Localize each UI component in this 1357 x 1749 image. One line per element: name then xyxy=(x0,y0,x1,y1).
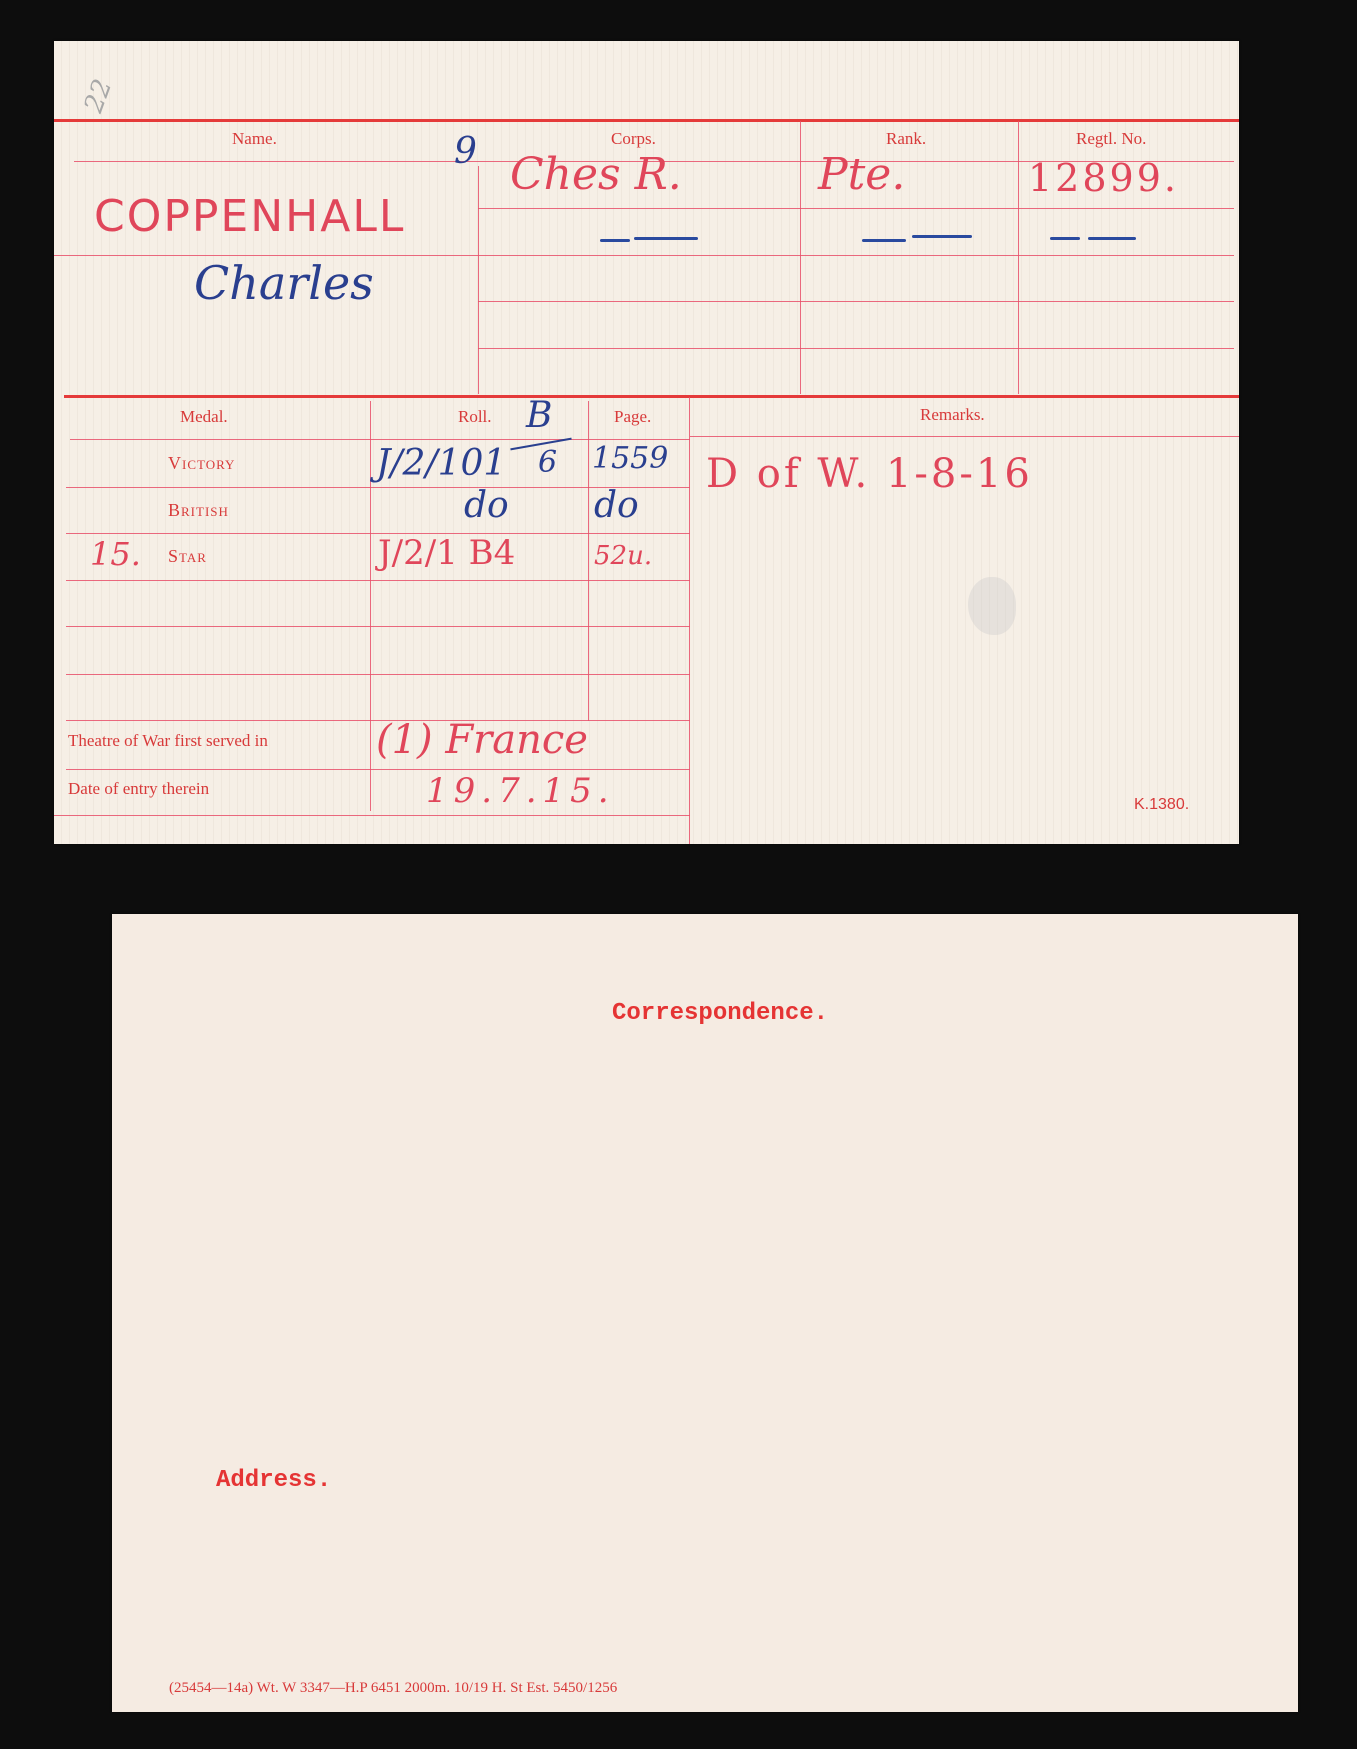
rank-entry: Pte. xyxy=(818,149,905,200)
corps-entry: Ches R. xyxy=(510,149,682,200)
medal-header: Medal. xyxy=(180,407,228,427)
star-page: 52u. xyxy=(594,541,652,571)
correspondence-label: Correspondence. xyxy=(612,1000,828,1027)
column-divider xyxy=(370,401,371,811)
medal-name-victory: Victory xyxy=(168,453,235,474)
medal-index-card-front: 22 Name. Corps. Rank. Regtl. No. COPPENH… xyxy=(54,41,1239,844)
row-line xyxy=(70,439,690,440)
medal-name-star: Star xyxy=(168,546,207,567)
row-line xyxy=(66,626,690,627)
column-divider xyxy=(588,401,589,721)
ditto-dash xyxy=(1050,237,1080,240)
row-line xyxy=(478,301,1234,302)
row-line xyxy=(478,348,1234,349)
forename-entry: Charles xyxy=(194,256,374,310)
star-roll: J/2/1 B4 xyxy=(378,533,515,573)
row-line xyxy=(66,769,690,770)
column-divider xyxy=(478,166,479,394)
ditto-dash xyxy=(634,237,698,240)
top-rule xyxy=(54,119,1239,122)
column-divider xyxy=(1018,121,1019,394)
rank-header: Rank. xyxy=(886,129,926,149)
corps-header: Corps. xyxy=(611,129,656,149)
remarks-entry: D of W. 1-8-16 xyxy=(706,451,1033,497)
paper-stain xyxy=(968,577,1016,635)
row-line xyxy=(66,674,690,675)
row-line xyxy=(66,580,690,581)
date-label: Date of entry therein xyxy=(68,779,209,799)
printer-imprint: (25454—14a) Wt. W 3347—H.P 6451 2000m. 1… xyxy=(169,1680,617,1697)
roll-header: Roll. xyxy=(458,407,492,427)
ditto-dash xyxy=(1088,237,1136,240)
ditto-dash xyxy=(912,235,972,238)
british-page: do xyxy=(594,485,639,526)
date-value: 19.7.15. xyxy=(426,771,615,811)
column-divider xyxy=(689,397,690,844)
row-line xyxy=(478,208,1234,209)
name-header: Name. xyxy=(232,129,277,149)
address-label: Address. xyxy=(216,1467,331,1494)
remarks-header: Remarks. xyxy=(920,405,985,425)
medal-index-card-back: Correspondence. Address. (25454—14a) Wt.… xyxy=(112,914,1298,1712)
column-divider xyxy=(800,121,801,394)
regtl-no-header: Regtl. No. xyxy=(1076,129,1146,149)
regtl-no-entry: 12899. xyxy=(1028,156,1179,200)
page-header: Page. xyxy=(614,407,651,427)
pencil-reference-number: 22 xyxy=(79,75,119,116)
section-divider xyxy=(64,395,1239,398)
ditto-dash xyxy=(862,239,906,242)
row-line xyxy=(54,815,690,816)
row-line xyxy=(690,436,1239,437)
victory-roll: J/2/101 xyxy=(376,443,506,484)
theatre-label: Theatre of War first served in xyxy=(68,731,268,751)
victory-roll-fraction-bottom: 6 xyxy=(538,445,557,480)
battalion-number: 9 xyxy=(454,131,477,172)
ditto-dash xyxy=(600,239,630,242)
star-prefix: 15. xyxy=(90,535,141,573)
theatre-value: (1) France xyxy=(376,717,588,763)
victory-roll-fraction-top: B xyxy=(526,395,552,436)
surname-entry: COPPENHALL xyxy=(94,191,405,242)
form-number: K.1380. xyxy=(1134,796,1189,814)
medal-name-british: British xyxy=(168,500,229,521)
british-roll: do xyxy=(464,485,509,526)
victory-page: 1559 xyxy=(592,441,668,476)
